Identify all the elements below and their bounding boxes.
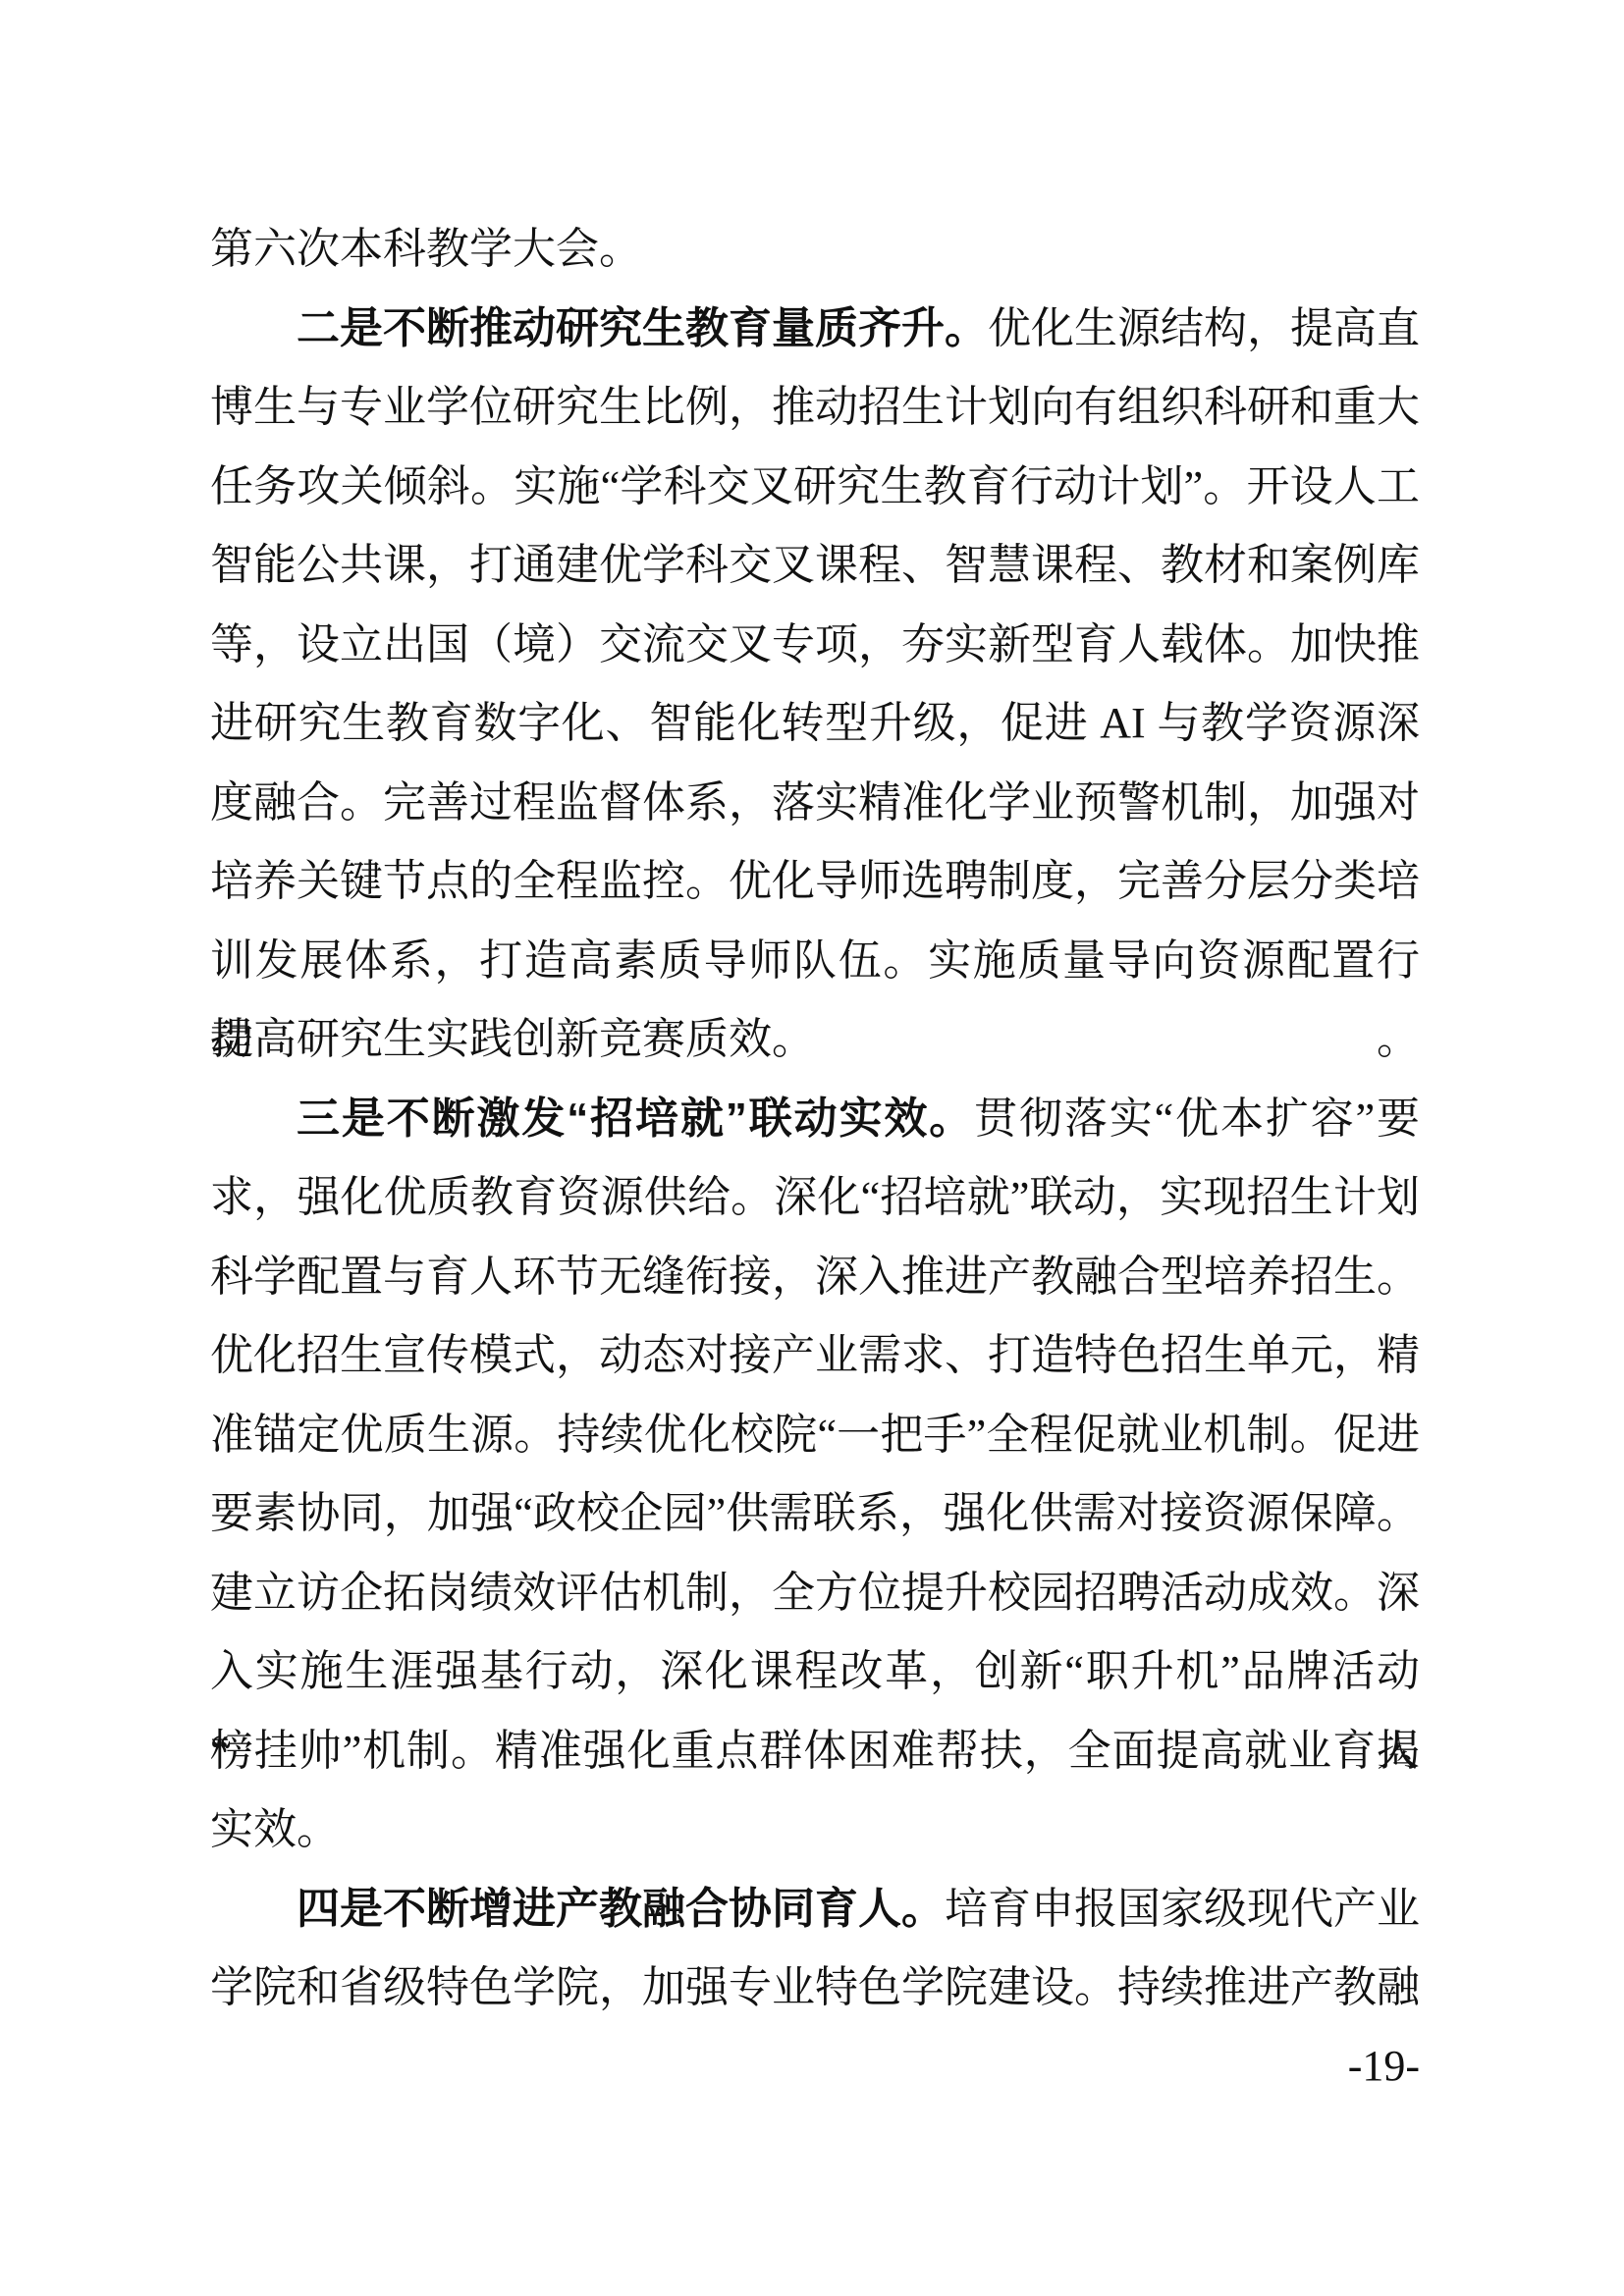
paragraph-body-text: 科学配置与育人环节无缝衔接，深入推进产教融合型培养招生。 <box>210 1253 1420 1301</box>
text-line: 求，强化优质教育资源供给。深化“招培就”联动，实现招生计划 <box>210 1158 1420 1238</box>
body-text: 第六次本科教学大会。二是不断推动研究生教育量质齐升。优化生源结构，提高直博生与专… <box>210 210 1420 2028</box>
paragraph-body-text: 进研究生教育数字化、智能化转型升级，促进 AI 与教学资源深 <box>210 699 1420 747</box>
paragraph-body-text: 准锚定优质生源。持续优化校院“一把手”全程促就业机制。促进 <box>210 1411 1420 1459</box>
paragraph-lead-text: 二是不断推动研究生教育量质齐升。 <box>297 304 988 352</box>
paragraph-lead-text: 四是不断增进产教融合协同育人。 <box>297 1885 945 1933</box>
text-line: 二是不断推动研究生教育量质齐升。优化生源结构，提高直 <box>210 290 1420 369</box>
text-line: 要素协同，加强“政校企园”供需联系，强化供需对接资源保障。 <box>210 1474 1420 1554</box>
paragraph-body-text: 要素协同，加强“政校企园”供需联系，强化供需对接资源保障。 <box>210 1489 1420 1537</box>
text-line: 等，设立出国（境）交流交叉专项，夯实新型育人载体。加快推 <box>210 606 1420 685</box>
text-line: 第六次本科教学大会。 <box>210 210 1420 290</box>
text-line: 三是不断激发“招培就”联动实效。贯彻落实“优本扩容”要 <box>210 1080 1420 1159</box>
page-number: -19- <box>1348 2045 1420 2088</box>
paragraph-body-text: 第六次本科教学大会。 <box>210 225 642 273</box>
paragraph-body-text: 智能公共课，打通建优学科交叉课程、智慧课程、教材和案例库 <box>210 541 1420 589</box>
text-line: 科学配置与育人环节无缝衔接，深入推进产教融合型培养招生。 <box>210 1238 1420 1317</box>
text-line: 博生与专业学位研究生比例，推动招生计划向有组织科研和重大 <box>210 368 1420 448</box>
text-line: 进研究生教育数字化、智能化转型升级，促进 AI 与教学资源深 <box>210 684 1420 764</box>
paragraph-body-text: 实效。 <box>210 1805 340 1853</box>
paragraph-body-text: 博生与专业学位研究生比例，推动招生计划向有组织科研和重大 <box>210 383 1420 431</box>
paragraph-body-text: 优化生源结构，提高直 <box>988 304 1420 352</box>
paragraph-body-text: 培养关键节点的全程监控。优化导师选聘制度，完善分层分类培 <box>210 857 1420 905</box>
paragraph-body-text: 任务攻关倾斜。实施“学科交叉研究生教育行动计划”。开设人工 <box>210 462 1420 510</box>
text-line: 实效。 <box>210 1790 1420 1870</box>
paragraph-body-text: 优化招生宣传模式，动态对接产业需求、打造特色招生单元，精 <box>210 1331 1420 1379</box>
text-line: 优化招生宣传模式，动态对接产业需求、打造特色招生单元，精 <box>210 1316 1420 1396</box>
text-line: 准锚定优质生源。持续优化校院“一把手”全程促就业机制。促进 <box>210 1396 1420 1475</box>
paragraph-body-text: 贯彻落实“优本扩容”要 <box>974 1095 1420 1143</box>
paragraph-body-text: 培育申报国家级现代产业 <box>945 1885 1420 1933</box>
text-line: 入实施生涯强基行动，深化课程改革，创新“职升机”品牌活动“揭 <box>210 1632 1420 1712</box>
paragraph-body-text: 度融合。完善过程监督体系，落实精准化学业预警机制，加强对 <box>210 778 1420 827</box>
paragraph-body-text: 求，强化优质教育资源供给。深化“招培就”联动，实现招生计划 <box>210 1173 1420 1221</box>
text-line: 培养关键节点的全程监控。优化导师选聘制度，完善分层分类培 <box>210 842 1420 922</box>
text-line: 建立访企拓岗绩效评估机制，全方位提升校园招聘活动成效。深 <box>210 1554 1420 1633</box>
paragraph-body-text: 等，设立出国（境）交流交叉专项，夯实新型育人载体。加快推 <box>210 620 1420 668</box>
text-line: 智能公共课，打通建优学科交叉课程、智慧课程、教材和案例库 <box>210 526 1420 606</box>
paragraph-lead-text: 三是不断激发“招培就”联动实效。 <box>297 1095 974 1143</box>
paragraph-body-text: 建立访企拓岗绩效评估机制，全方位提升校园招聘活动成效。深 <box>210 1569 1420 1617</box>
text-line: 榜挂帅”机制。精准强化重点群体困难帮扶，全面提高就业育人 <box>210 1712 1420 1791</box>
text-line: 度融合。完善过程监督体系，落实精准化学业预警机制，加强对 <box>210 764 1420 843</box>
text-line: 四是不断增进产教融合协同育人。培育申报国家级现代产业 <box>210 1870 1420 1949</box>
paragraph-body-text: 提高研究生实践创新竞赛质效。 <box>210 1015 815 1063</box>
paragraph-body-text: 榜挂帅”机制。精准强化重点群体困难帮扶，全面提高就业育人 <box>210 1727 1420 1775</box>
page: 第六次本科教学大会。二是不断推动研究生教育量质齐升。优化生源结构，提高直博生与专… <box>0 0 1624 2296</box>
text-line: 训发展体系，打造高素质导师队伍。实施质量导向资源配置行动。 <box>210 922 1420 1001</box>
text-line: 任务攻关倾斜。实施“学科交叉研究生教育行动计划”。开设人工 <box>210 448 1420 527</box>
text-line: 学院和省级特色学院，加强专业特色学院建设。持续推进产教融 <box>210 1949 1420 2028</box>
document-page: { "page": { "background_color": "#ffffff… <box>0 0 1624 2296</box>
paragraph-body-text: 学院和省级特色学院，加强专业特色学院建设。持续推进产教融 <box>210 1963 1420 2011</box>
